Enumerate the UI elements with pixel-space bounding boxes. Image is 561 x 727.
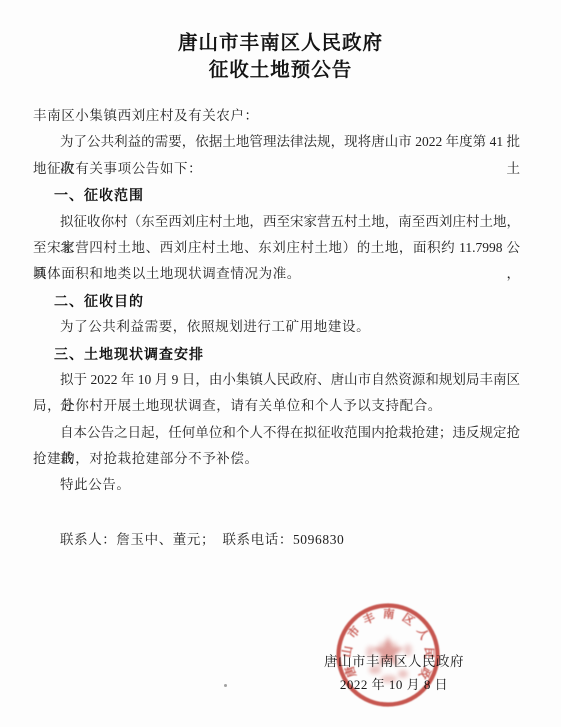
signature-org: 唐山市丰南区人民政府: [320, 653, 468, 671]
body-line: 为了公共利益需要，依照规划进行工矿用地建设。: [33, 314, 520, 340]
signature-date: 2022 年 10 月 8 日: [320, 676, 468, 694]
body-line: 局，赴你村开展土地现状调查，请有关单位和个人予以支持配合。: [33, 393, 520, 419]
salutation-line: 丰南区小集镇西刘庄村及有关农户：: [33, 103, 520, 129]
section-3-heading: 三、土地现状调查安排: [33, 341, 520, 367]
signature-block: 唐山市丰南区人民政府 2022 年 10 月 8 日: [320, 653, 468, 694]
document-title: 唐山市丰南区人民政府 征收土地预公告: [0, 30, 561, 83]
body-line: 至宋家营四村土地、西刘庄村土地、东刘庄村土地）的土地，面积约 11.7998 公…: [33, 235, 520, 261]
scan-artifact-speck: [224, 684, 227, 687]
document-body: 丰南区小集镇西刘庄村及有关农户： 为了公共利益的需要，依据土地管理法律法规，现将…: [33, 103, 520, 553]
body-line: 自本公告之日起，任何单位和个人不得在拟征收范围内抢栽抢建；违反规定抢栽: [33, 420, 520, 446]
title-line-2: 征收土地预公告: [0, 57, 561, 84]
closing-line: 特此公告。: [33, 472, 520, 498]
section-2-heading: 二、征收目的: [33, 288, 520, 314]
title-line-1: 唐山市丰南区人民政府: [0, 30, 561, 57]
announcement-document: 唐山市丰南区人民政府 征收土地预公告 丰南区小集镇西刘庄村及有关农户： 为了公共…: [0, 0, 561, 727]
body-line: 拟征收你村（东至西刘庄村土地，西至宋家营五村土地，南至西刘庄村土地，北: [33, 209, 520, 235]
body-line: 抢建的，对抢栽抢建部分不予补偿。: [33, 446, 520, 472]
body-line: 拟于 2022 年 10 月 9 日，由小集镇人民政府、唐山市自然资源和规划局丰…: [33, 367, 520, 393]
contact-line: 联系人：詹玉中、董元； 联系电话：5096830: [33, 527, 520, 553]
section-1-heading: 一、征收范围: [33, 182, 520, 208]
body-line: 为了公共利益的需要，依据土地管理法律法规，现将唐山市 2022 年度第 41 批…: [33, 129, 520, 155]
